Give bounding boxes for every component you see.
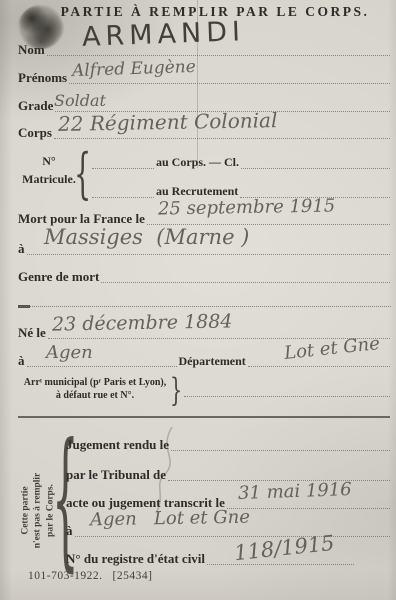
- dotted-leader: [27, 366, 177, 367]
- matricule-label-line1: N°: [18, 152, 80, 170]
- corps-label: Corps: [18, 125, 52, 141]
- curly-brace-icon: {: [74, 147, 91, 201]
- dotted-leader: [184, 396, 390, 397]
- grade-value: Soldat: [54, 91, 106, 110]
- mort-lieu-value: Massiges (Marne ): [44, 225, 249, 249]
- print-code: 101-703-1922.[25434]: [28, 570, 162, 582]
- nom-label: Nom: [18, 42, 45, 58]
- naissance-date-value: 23 décembre 1884: [52, 310, 233, 335]
- dotted-leader: [227, 508, 390, 509]
- nom-value: ARMANDI: [82, 16, 246, 53]
- dotted-leader: [47, 55, 390, 56]
- matricule-corps-label: au Corps. — Cl.: [156, 155, 239, 170]
- genre-mort-label: Genre de mort: [18, 269, 99, 285]
- arr-municipal-label-line1: Arrᵗ municipal (pʳ Paris et Lyon),: [20, 377, 170, 390]
- dotted-leader: [69, 83, 390, 84]
- side-note-line2: n'est pas à remplir: [32, 453, 44, 569]
- side-note: Cette partie n'est pas à remplir par le …: [19, 453, 56, 569]
- arr-municipal-field: [182, 383, 392, 400]
- jugement-field: Jugement rendu le: [66, 437, 392, 454]
- dotted-leader: [248, 366, 390, 367]
- curly-brace-icon: }: [170, 374, 182, 406]
- dotted-leader: [171, 450, 390, 451]
- side-note-line1: Cette partie: [19, 453, 31, 569]
- dotted-leader: [27, 254, 391, 255]
- form-page: PARTIE À REMPLIR PAR LE CORPS. Nom ARMAN…: [0, 0, 396, 600]
- tribunal-label: par le Tribunal de: [66, 467, 166, 483]
- arr-municipal-label-line2: à défaut rue et N°.: [20, 390, 170, 403]
- transcription-value: 31 mai 1916: [238, 479, 352, 504]
- dotted-leader: [101, 282, 390, 283]
- dotted-leader: [241, 168, 390, 169]
- arr-municipal-label: Arrᵗ municipal (pʳ Paris et Lyon), à déf…: [20, 377, 170, 402]
- naissance-lieu-label: à: [18, 353, 25, 369]
- mort-lieu-label: à: [18, 241, 25, 257]
- dotted-leader: [92, 197, 154, 198]
- print-code-number: 101-703-1922.: [28, 570, 103, 582]
- section-divider: [18, 306, 391, 307]
- departement-label: Département: [179, 354, 246, 369]
- naissance-lieu-value: Agen: [46, 342, 93, 363]
- genre-mort-field: Genre de mort: [18, 269, 392, 286]
- matricule-label-line2: Matricule.: [18, 170, 80, 188]
- transcription-lieu-label: à: [66, 523, 73, 539]
- mort-date-value: 25 septembre 1915: [158, 195, 336, 219]
- matricule-label: N° Matricule.: [18, 152, 80, 188]
- matricule-corps-field: au Corps. — Cl.: [90, 155, 392, 172]
- print-code-bracket: [25434]: [113, 570, 153, 582]
- naissance-date-label: Né le: [18, 325, 46, 341]
- dotted-leader: [92, 168, 154, 169]
- grade-label: Grade: [18, 98, 53, 114]
- prenoms-label: Prénoms: [18, 70, 67, 86]
- registre-label: N° du registre d'état civil: [66, 551, 205, 567]
- dotted-leader: [207, 564, 354, 565]
- corps-value: 22 Régiment Colonial: [58, 108, 278, 136]
- dotted-leader: [75, 536, 391, 537]
- jugement-label: Jugement rendu le: [66, 437, 169, 453]
- dotted-leader: [54, 138, 390, 139]
- transcription-lieu-value: Agen Lot et Gne: [90, 507, 250, 531]
